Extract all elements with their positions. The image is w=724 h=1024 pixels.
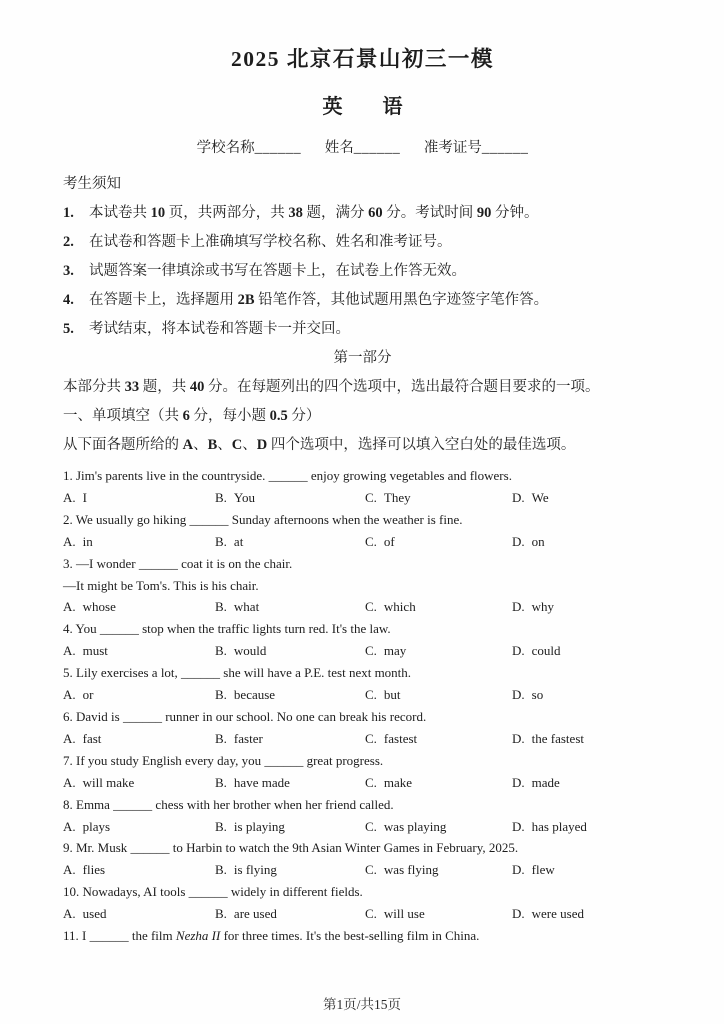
notice-item: 4.在答题卡上，选择题用 2B 铅笔作答，其他试题用黑色字迹签字笔作答。 — [63, 286, 662, 315]
option-label: B. — [215, 819, 227, 834]
text-segment: 在试卷和答题卡上准确填写学校名称、姓名和准考证号。 — [89, 234, 452, 250]
notice-item-text: 本试卷共 10 页，共两部分，共 38 题，满分 60 分。考试时间 90 分钟… — [89, 199, 539, 228]
notice-item: 5.考试结束，将本试卷和答题卡一并交回。 — [63, 315, 662, 344]
option-text: faster — [234, 731, 263, 746]
text-segment: 2. We usually go hiking ______ Sunday af… — [63, 512, 462, 527]
text-segment: 9. Mr. Musk ______ to Harbin to watch th… — [63, 840, 518, 855]
option-text: will use — [384, 906, 425, 921]
school-name-label: 学校名称 — [197, 140, 255, 156]
option-label: A. — [63, 906, 76, 921]
option-label: D. — [512, 731, 525, 746]
notice-list: 1.本试卷共 10 页，共两部分，共 38 题，满分 60 分。考试时间 90 … — [63, 199, 662, 344]
exam-id-field: 准考证号______ — [424, 140, 529, 156]
option-A: A.in — [63, 531, 215, 553]
option-label: B. — [215, 643, 227, 658]
option-text: flies — [83, 862, 105, 877]
text-segment: 10 — [151, 205, 166, 221]
option-text: on — [532, 534, 545, 549]
option-text: because — [234, 687, 275, 702]
option-text: fastest — [384, 731, 417, 746]
text-segment: 60 — [368, 205, 383, 221]
option-text: plays — [83, 819, 110, 834]
option-A: A.I — [63, 487, 215, 509]
text-segment: B — [208, 437, 218, 453]
option-text: have made — [234, 775, 290, 790]
option-B: B.are used — [215, 903, 365, 925]
option-label: C. — [365, 906, 377, 921]
text-segment: 7. If you study English every day, you _… — [63, 753, 383, 768]
option-B: B.at — [215, 531, 365, 553]
text-segment: 90 — [477, 205, 492, 221]
option-text: what — [234, 599, 259, 614]
text-segment: 本试卷共 — [89, 205, 151, 221]
option-A: A.plays — [63, 816, 215, 838]
student-name-blank: ______ — [354, 140, 401, 156]
option-B: B.faster — [215, 728, 365, 750]
text-segment: 本部分共 — [63, 379, 125, 395]
text-segment: 6 — [183, 408, 190, 424]
question-6: 6. David is ______ runner in our school.… — [63, 706, 662, 750]
option-text: will make — [83, 775, 135, 790]
question-stem: 10. Nowadays, AI tools ______ widely in … — [63, 881, 662, 903]
option-A: A.must — [63, 640, 215, 662]
question-stem: 11. I ______ the film Nezha II for three… — [63, 925, 662, 947]
notice-heading: 考生须知 — [63, 170, 662, 199]
option-D: D.has played — [512, 816, 662, 838]
text-segment: 0.5 — [270, 408, 288, 424]
text-segment: 分钟。 — [491, 205, 538, 221]
section1-heading: 一、单项填空（共 6 分，每小题 0.5 分） — [63, 402, 662, 431]
text-segment: —It might be Tom's. This is his chair. — [63, 578, 259, 593]
option-text: They — [384, 490, 411, 505]
option-label: A. — [63, 490, 76, 505]
question-stem: 3. —I wonder ______ coat it is on the ch… — [63, 553, 662, 575]
option-text: would — [234, 643, 267, 658]
text-segment: 一、单项填空（共 — [63, 408, 183, 424]
option-label: D. — [512, 775, 525, 790]
option-text: fast — [83, 731, 102, 746]
option-text: make — [384, 775, 412, 790]
question-5: 5. Lily exercises a lot, ______ she will… — [63, 662, 662, 706]
option-text: so — [532, 687, 544, 702]
option-text: at — [234, 534, 243, 549]
options-row: A.IB.YouC.TheyD.We — [63, 487, 662, 509]
text-segment: 11. I ______ the film — [63, 928, 176, 943]
option-B: B.would — [215, 640, 365, 662]
text-segment: 四个选项中，选择可以填入空白处的最佳选项。 — [267, 437, 575, 453]
text-segment: 分。考试时间 — [383, 205, 477, 221]
subject-title: 英 语 — [63, 94, 662, 120]
text-segment: 题，满分 — [303, 205, 368, 221]
notice-item: 3.试题答案一律填涂或书写在答题卡上，在试卷上作答无效。 — [63, 257, 662, 286]
option-label: D. — [512, 906, 525, 921]
text-segment: 、 — [217, 437, 232, 453]
options-row: A.will makeB.have madeC.makeD.made — [63, 772, 662, 794]
text-segment: 、 — [193, 437, 208, 453]
option-text: may — [384, 643, 406, 658]
options-row: A.playsB.is playingC.was playingD.has pl… — [63, 816, 662, 838]
option-text: flew — [532, 862, 555, 877]
notice-item-number: 4. — [63, 286, 89, 315]
options-row: A.fliesB.is flyingC.was flyingD.flew — [63, 859, 662, 881]
section1-direction: 从下面各题所给的 A、B、C、D 四个选项中，选择可以填入空白处的最佳选项。 — [63, 431, 662, 460]
option-label: C. — [365, 775, 377, 790]
question-1: 1. Jim's parents live in the countryside… — [63, 465, 662, 509]
text-segment: 38 — [288, 205, 303, 221]
question-stem: 2. We usually go hiking ______ Sunday af… — [63, 509, 662, 531]
question-stem: 1. Jim's parents live in the countryside… — [63, 465, 662, 487]
exam-paper-page: 2025 北京石景山初三一模 英 语 学校名称______ 姓名______ 准… — [0, 0, 724, 1024]
question-stem: 7. If you study English every day, you _… — [63, 750, 662, 772]
option-D: D.made — [512, 772, 662, 794]
option-label: B. — [215, 534, 227, 549]
options-row: A.usedB.are usedC.will useD.were used — [63, 903, 662, 925]
notice-item-text: 考试结束，将本试卷和答题卡一并交回。 — [89, 315, 350, 344]
option-D: D.flew — [512, 859, 662, 881]
text-segment: 3. —I wonder ______ coat it is on the ch… — [63, 556, 292, 571]
option-text: which — [384, 599, 416, 614]
option-label: C. — [365, 687, 377, 702]
options-row: A.orB.becauseC.butD.so — [63, 684, 662, 706]
text-segment: D — [257, 437, 267, 453]
text-segment: C — [232, 437, 242, 453]
text-segment: 5. Lily exercises a lot, ______ she will… — [63, 665, 411, 680]
text-segment: 分） — [288, 408, 321, 424]
option-label: D. — [512, 599, 525, 614]
option-label: B. — [215, 775, 227, 790]
school-name-field: 学校名称______ — [197, 140, 302, 156]
option-label: B. — [215, 599, 227, 614]
option-label: C. — [365, 731, 377, 746]
option-text: but — [384, 687, 401, 702]
option-text: must — [83, 643, 108, 658]
text-segment: 33 — [125, 379, 140, 395]
option-B: B.is playing — [215, 816, 365, 838]
option-text: made — [532, 775, 560, 790]
option-label: B. — [215, 731, 227, 746]
question-9: 9. Mr. Musk ______ to Harbin to watch th… — [63, 837, 662, 881]
question-stem: 4. You ______ stop when the traffic ligh… — [63, 618, 662, 640]
option-C: C.was flying — [365, 859, 512, 881]
option-D: D.so — [512, 684, 662, 706]
option-D: D.the fastest — [512, 728, 662, 750]
option-C: C.fastest — [365, 728, 512, 750]
options-row: A.mustB.wouldC.mayD.could — [63, 640, 662, 662]
option-text: is playing — [234, 819, 285, 834]
question-11: 11. I ______ the film Nezha II for three… — [63, 925, 662, 947]
question-2: 2. We usually go hiking ______ Sunday af… — [63, 509, 662, 553]
option-text: were used — [532, 906, 584, 921]
option-C: C.They — [365, 487, 512, 509]
option-D: D.why — [512, 596, 662, 618]
text-segment: 分，每小题 — [190, 408, 270, 424]
option-D: D.We — [512, 487, 662, 509]
option-label: C. — [365, 490, 377, 505]
page-title: 2025 北京石景山初三一模 — [63, 46, 662, 72]
option-D: D.could — [512, 640, 662, 662]
option-text: why — [532, 599, 554, 614]
text-segment: 考试结束，将本试卷和答题卡一并交回。 — [89, 321, 350, 337]
option-A: A.or — [63, 684, 215, 706]
question-stem: 5. Lily exercises a lot, ______ she will… — [63, 662, 662, 684]
option-label: D. — [512, 490, 525, 505]
notice-item-number: 1. — [63, 199, 89, 228]
text-segment: Nezha II — [176, 928, 220, 943]
option-label: A. — [63, 731, 76, 746]
part1-heading: 第一部分 — [63, 344, 662, 373]
option-text: was flying — [384, 862, 439, 877]
option-C: C.will use — [365, 903, 512, 925]
questions-list: 1. Jim's parents live in the countryside… — [63, 465, 662, 947]
option-A: A.fast — [63, 728, 215, 750]
option-text: I — [83, 490, 87, 505]
options-row: A.fastB.fasterC.fastestD.the fastest — [63, 728, 662, 750]
question-stem: 8. Emma ______ chess with her brother wh… — [63, 794, 662, 816]
option-label: A. — [63, 862, 76, 877]
text-segment: 页，共两部分，共 — [165, 205, 288, 221]
option-label: B. — [215, 490, 227, 505]
option-D: D.on — [512, 531, 662, 553]
text-segment: 10. Nowadays, AI tools ______ widely in … — [63, 884, 363, 899]
option-label: C. — [365, 862, 377, 877]
option-label: D. — [512, 819, 525, 834]
option-C: C.make — [365, 772, 512, 794]
text-segment: 在答题卡上，选择题用 — [89, 292, 238, 308]
option-B: B.is flying — [215, 859, 365, 881]
text-segment: 铅笔作答，其他试题用黑色字迹签字笔作答。 — [255, 292, 549, 308]
option-label: D. — [512, 643, 525, 658]
exam-id-blank: ______ — [482, 140, 529, 156]
option-text: in — [83, 534, 93, 549]
text-segment: 题，共 — [139, 379, 190, 395]
option-text: of — [384, 534, 395, 549]
notice-item-number: 5. — [63, 315, 89, 344]
text-segment: for three times. It's the best-selling f… — [220, 928, 479, 943]
text-segment: 2B — [238, 292, 255, 308]
option-text: could — [532, 643, 561, 658]
option-text: or — [83, 687, 94, 702]
option-C: C.was playing — [365, 816, 512, 838]
option-B: B.what — [215, 596, 365, 618]
option-C: C.of — [365, 531, 512, 553]
option-text: is flying — [234, 862, 277, 877]
option-B: B.You — [215, 487, 365, 509]
option-label: C. — [365, 819, 377, 834]
question-7: 7. If you study English every day, you _… — [63, 750, 662, 794]
option-text: We — [532, 490, 549, 505]
text-segment: 试题答案一律填涂或书写在答题卡上，在试卷上作答无效。 — [89, 263, 466, 279]
option-B: B.have made — [215, 772, 365, 794]
option-A: A.will make — [63, 772, 215, 794]
option-C: C.may — [365, 640, 512, 662]
option-text: was playing — [384, 819, 446, 834]
page-number: 第1页/共15页 — [0, 993, 724, 1013]
option-C: C.but — [365, 684, 512, 706]
notice-item-text: 试题答案一律填涂或书写在答题卡上，在试卷上作答无效。 — [89, 257, 466, 286]
question-10: 10. Nowadays, AI tools ______ widely in … — [63, 881, 662, 925]
text-segment: 1. Jim's parents live in the countryside… — [63, 468, 512, 483]
options-row: A.whoseB.whatC.whichD.why — [63, 596, 662, 618]
options-row: A.inB.atC.ofD.on — [63, 531, 662, 553]
option-text: the fastest — [532, 731, 584, 746]
text-segment: 、 — [242, 437, 257, 453]
option-label: A. — [63, 534, 76, 549]
option-B: B.because — [215, 684, 365, 706]
option-A: A.used — [63, 903, 215, 925]
notice-item: 2.在试卷和答题卡上准确填写学校名称、姓名和准考证号。 — [63, 228, 662, 257]
question-stem: 9. Mr. Musk ______ to Harbin to watch th… — [63, 837, 662, 859]
option-label: A. — [63, 775, 76, 790]
question-4: 4. You ______ stop when the traffic ligh… — [63, 618, 662, 662]
exam-id-label: 准考证号 — [424, 140, 482, 156]
school-name-blank: ______ — [255, 140, 302, 156]
text-segment: 8. Emma ______ chess with her brother wh… — [63, 797, 394, 812]
candidate-info-line: 学校名称______ 姓名______ 准考证号______ — [63, 137, 662, 159]
option-label: D. — [512, 534, 525, 549]
option-text: used — [83, 906, 107, 921]
text-segment: 4. You ______ stop when the traffic ligh… — [63, 621, 391, 636]
option-text: You — [234, 490, 255, 505]
student-name-label: 姓名 — [325, 140, 354, 156]
option-text: are used — [234, 906, 277, 921]
student-name-field: 姓名______ — [325, 140, 401, 156]
notice-item-text: 在答题卡上，选择题用 2B 铅笔作答，其他试题用黑色字迹签字笔作答。 — [89, 286, 548, 315]
text-segment: 40 — [190, 379, 205, 395]
option-label: D. — [512, 687, 525, 702]
option-label: B. — [215, 862, 227, 877]
option-label: A. — [63, 599, 76, 614]
option-label: A. — [63, 643, 76, 658]
text-segment: 6. David is ______ runner in our school.… — [63, 709, 426, 724]
option-D: D.were used — [512, 903, 662, 925]
notice-item-number: 3. — [63, 257, 89, 286]
option-text: whose — [83, 599, 116, 614]
option-label: A. — [63, 687, 76, 702]
text-segment: 从下面各题所给的 — [63, 437, 183, 453]
option-label: C. — [365, 643, 377, 658]
part1-intro: 本部分共 33 题，共 40 分。在每题列出的四个选项中，选出最符合题目要求的一… — [63, 373, 662, 402]
notice-item: 1.本试卷共 10 页，共两部分，共 38 题，满分 60 分。考试时间 90 … — [63, 199, 662, 228]
question-8: 8. Emma ______ chess with her brother wh… — [63, 794, 662, 838]
option-label: C. — [365, 534, 377, 549]
option-label: A. — [63, 819, 76, 834]
notice-item-text: 在试卷和答题卡上准确填写学校名称、姓名和准考证号。 — [89, 228, 452, 257]
question-stem-continued: —It might be Tom's. This is his chair. — [63, 575, 662, 597]
question-stem: 6. David is ______ runner in our school.… — [63, 706, 662, 728]
text-segment: 分。在每题列出的四个选项中，选出最符合题目要求的一项。 — [204, 379, 599, 395]
option-label: B. — [215, 906, 227, 921]
option-A: A.flies — [63, 859, 215, 881]
text-segment: A — [183, 437, 193, 453]
option-label: B. — [215, 687, 227, 702]
option-text: has played — [532, 819, 587, 834]
option-C: C.which — [365, 596, 512, 618]
question-3: 3. —I wonder ______ coat it is on the ch… — [63, 553, 662, 619]
option-label: D. — [512, 862, 525, 877]
option-label: C. — [365, 599, 377, 614]
notice-item-number: 2. — [63, 228, 89, 257]
option-A: A.whose — [63, 596, 215, 618]
